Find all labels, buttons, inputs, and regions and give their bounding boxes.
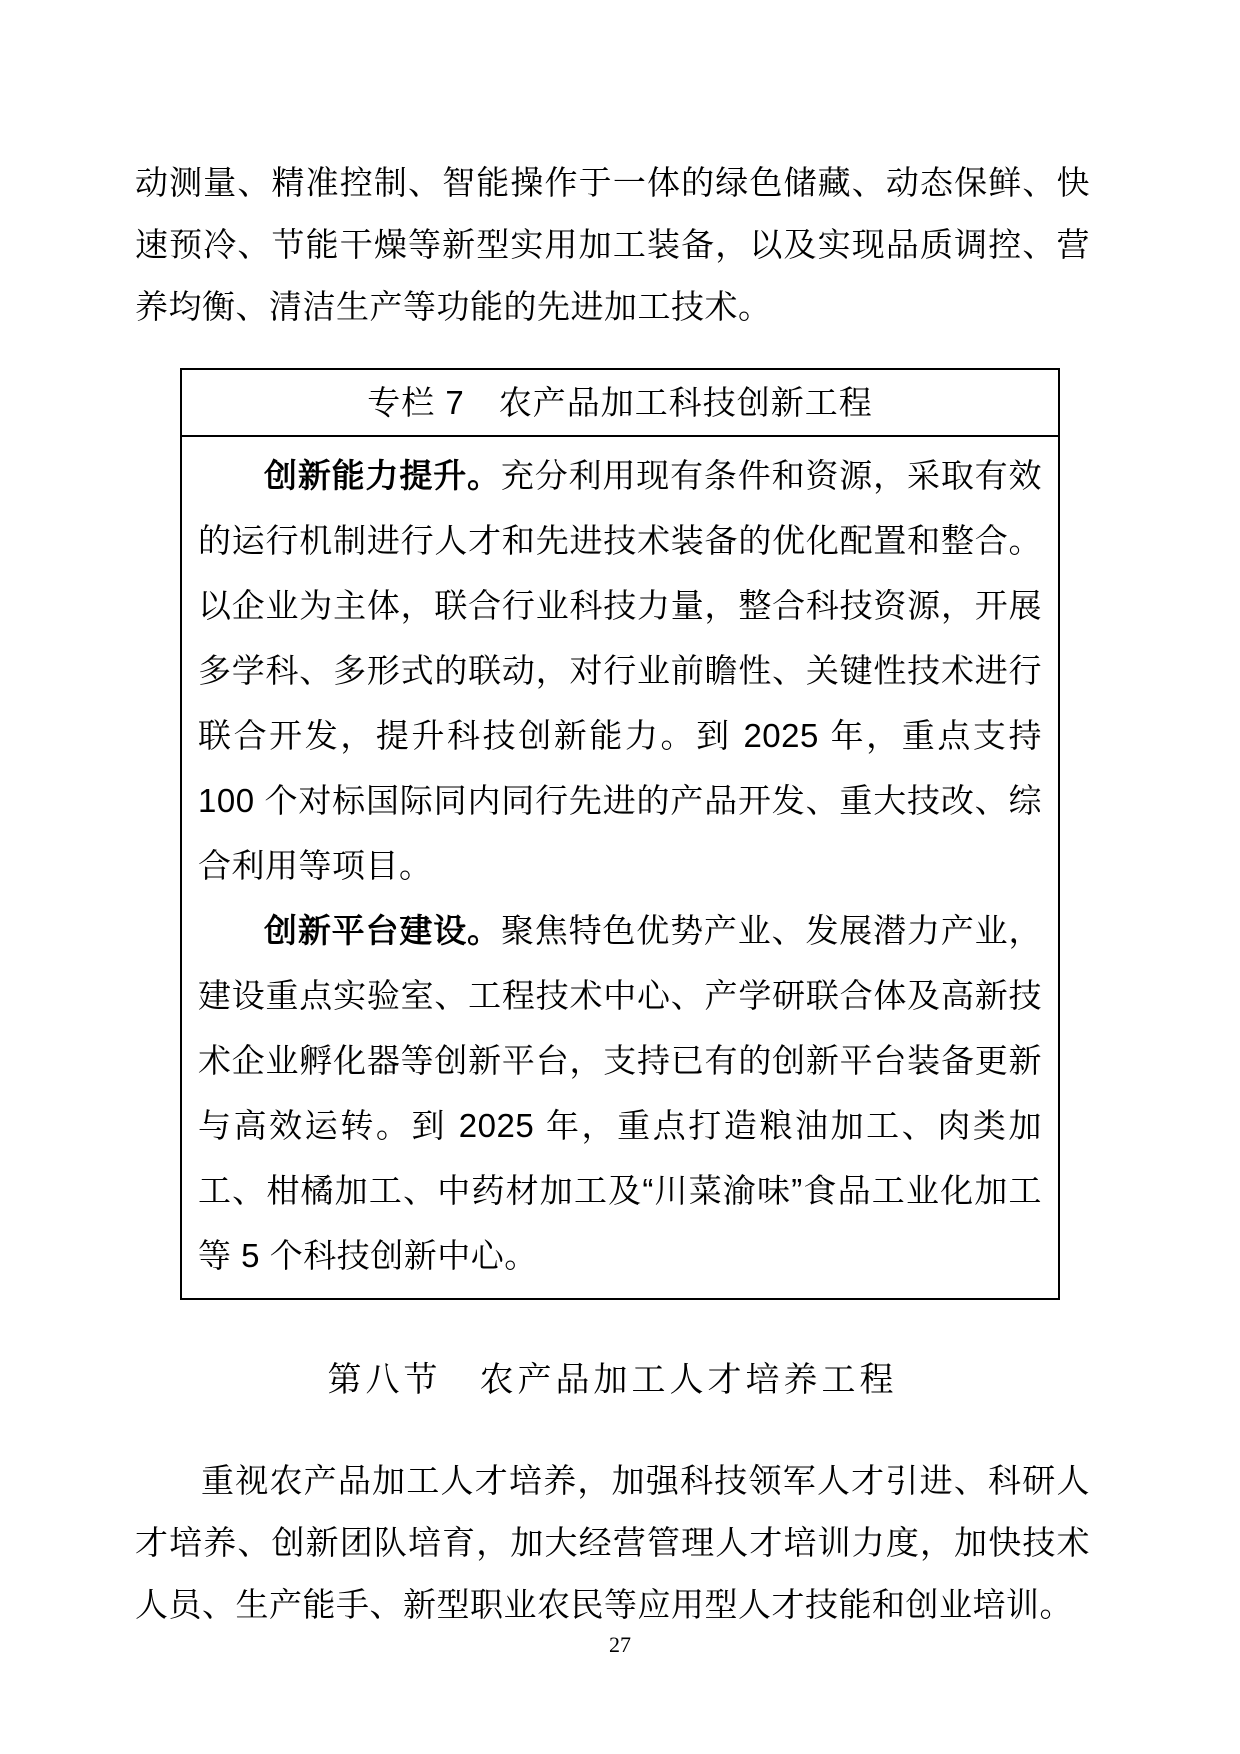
page-number: 27	[0, 1632, 1240, 1658]
box-paragraph-innovation-platform: 创新平台建设。聚焦特色优势产业、发展潜力产业，建设重点实验室、工程技术中心、产学…	[198, 898, 1042, 1288]
closing-paragraph: 重视农产品加工人才培养，加强科技领军人才引进、科研人才培养、创新团队培育，加大经…	[135, 1450, 1090, 1636]
box-paragraph-lead: 创新能力提升。	[264, 457, 501, 494]
feature-box: 专栏 7 农产品加工科技创新工程 创新能力提升。充分利用现有条件和资源，采取有效…	[180, 368, 1060, 1300]
box-paragraph-text: 聚焦特色优势产业、发展潜力产业，建设重点实验室、工程技术中心、产学研联合体及高新…	[198, 912, 1042, 1274]
section-heading: 第八节 农产品加工人才培养工程	[135, 1358, 1090, 1404]
box-paragraph-text: 充分利用现有条件和资源，采取有效的运行机制进行人才和先进技术装备的优化配置和整合…	[198, 457, 1042, 884]
document-page: 动测量、精准控制、智能操作于一体的绿色储藏、动态保鲜、快速预冷、节能干燥等新型实…	[0, 0, 1240, 1754]
feature-box-title: 专栏 7 农产品加工科技创新工程	[182, 370, 1058, 437]
box-paragraph-innovation-capacity: 创新能力提升。充分利用现有条件和资源，采取有效的运行机制进行人才和先进技术装备的…	[198, 443, 1042, 898]
feature-box-body: 创新能力提升。充分利用现有条件和资源，采取有效的运行机制进行人才和先进技术装备的…	[182, 437, 1058, 1298]
intro-paragraph: 动测量、精准控制、智能操作于一体的绿色储藏、动态保鲜、快速预冷、节能干燥等新型实…	[135, 152, 1090, 338]
box-paragraph-lead: 创新平台建设。	[264, 912, 501, 949]
